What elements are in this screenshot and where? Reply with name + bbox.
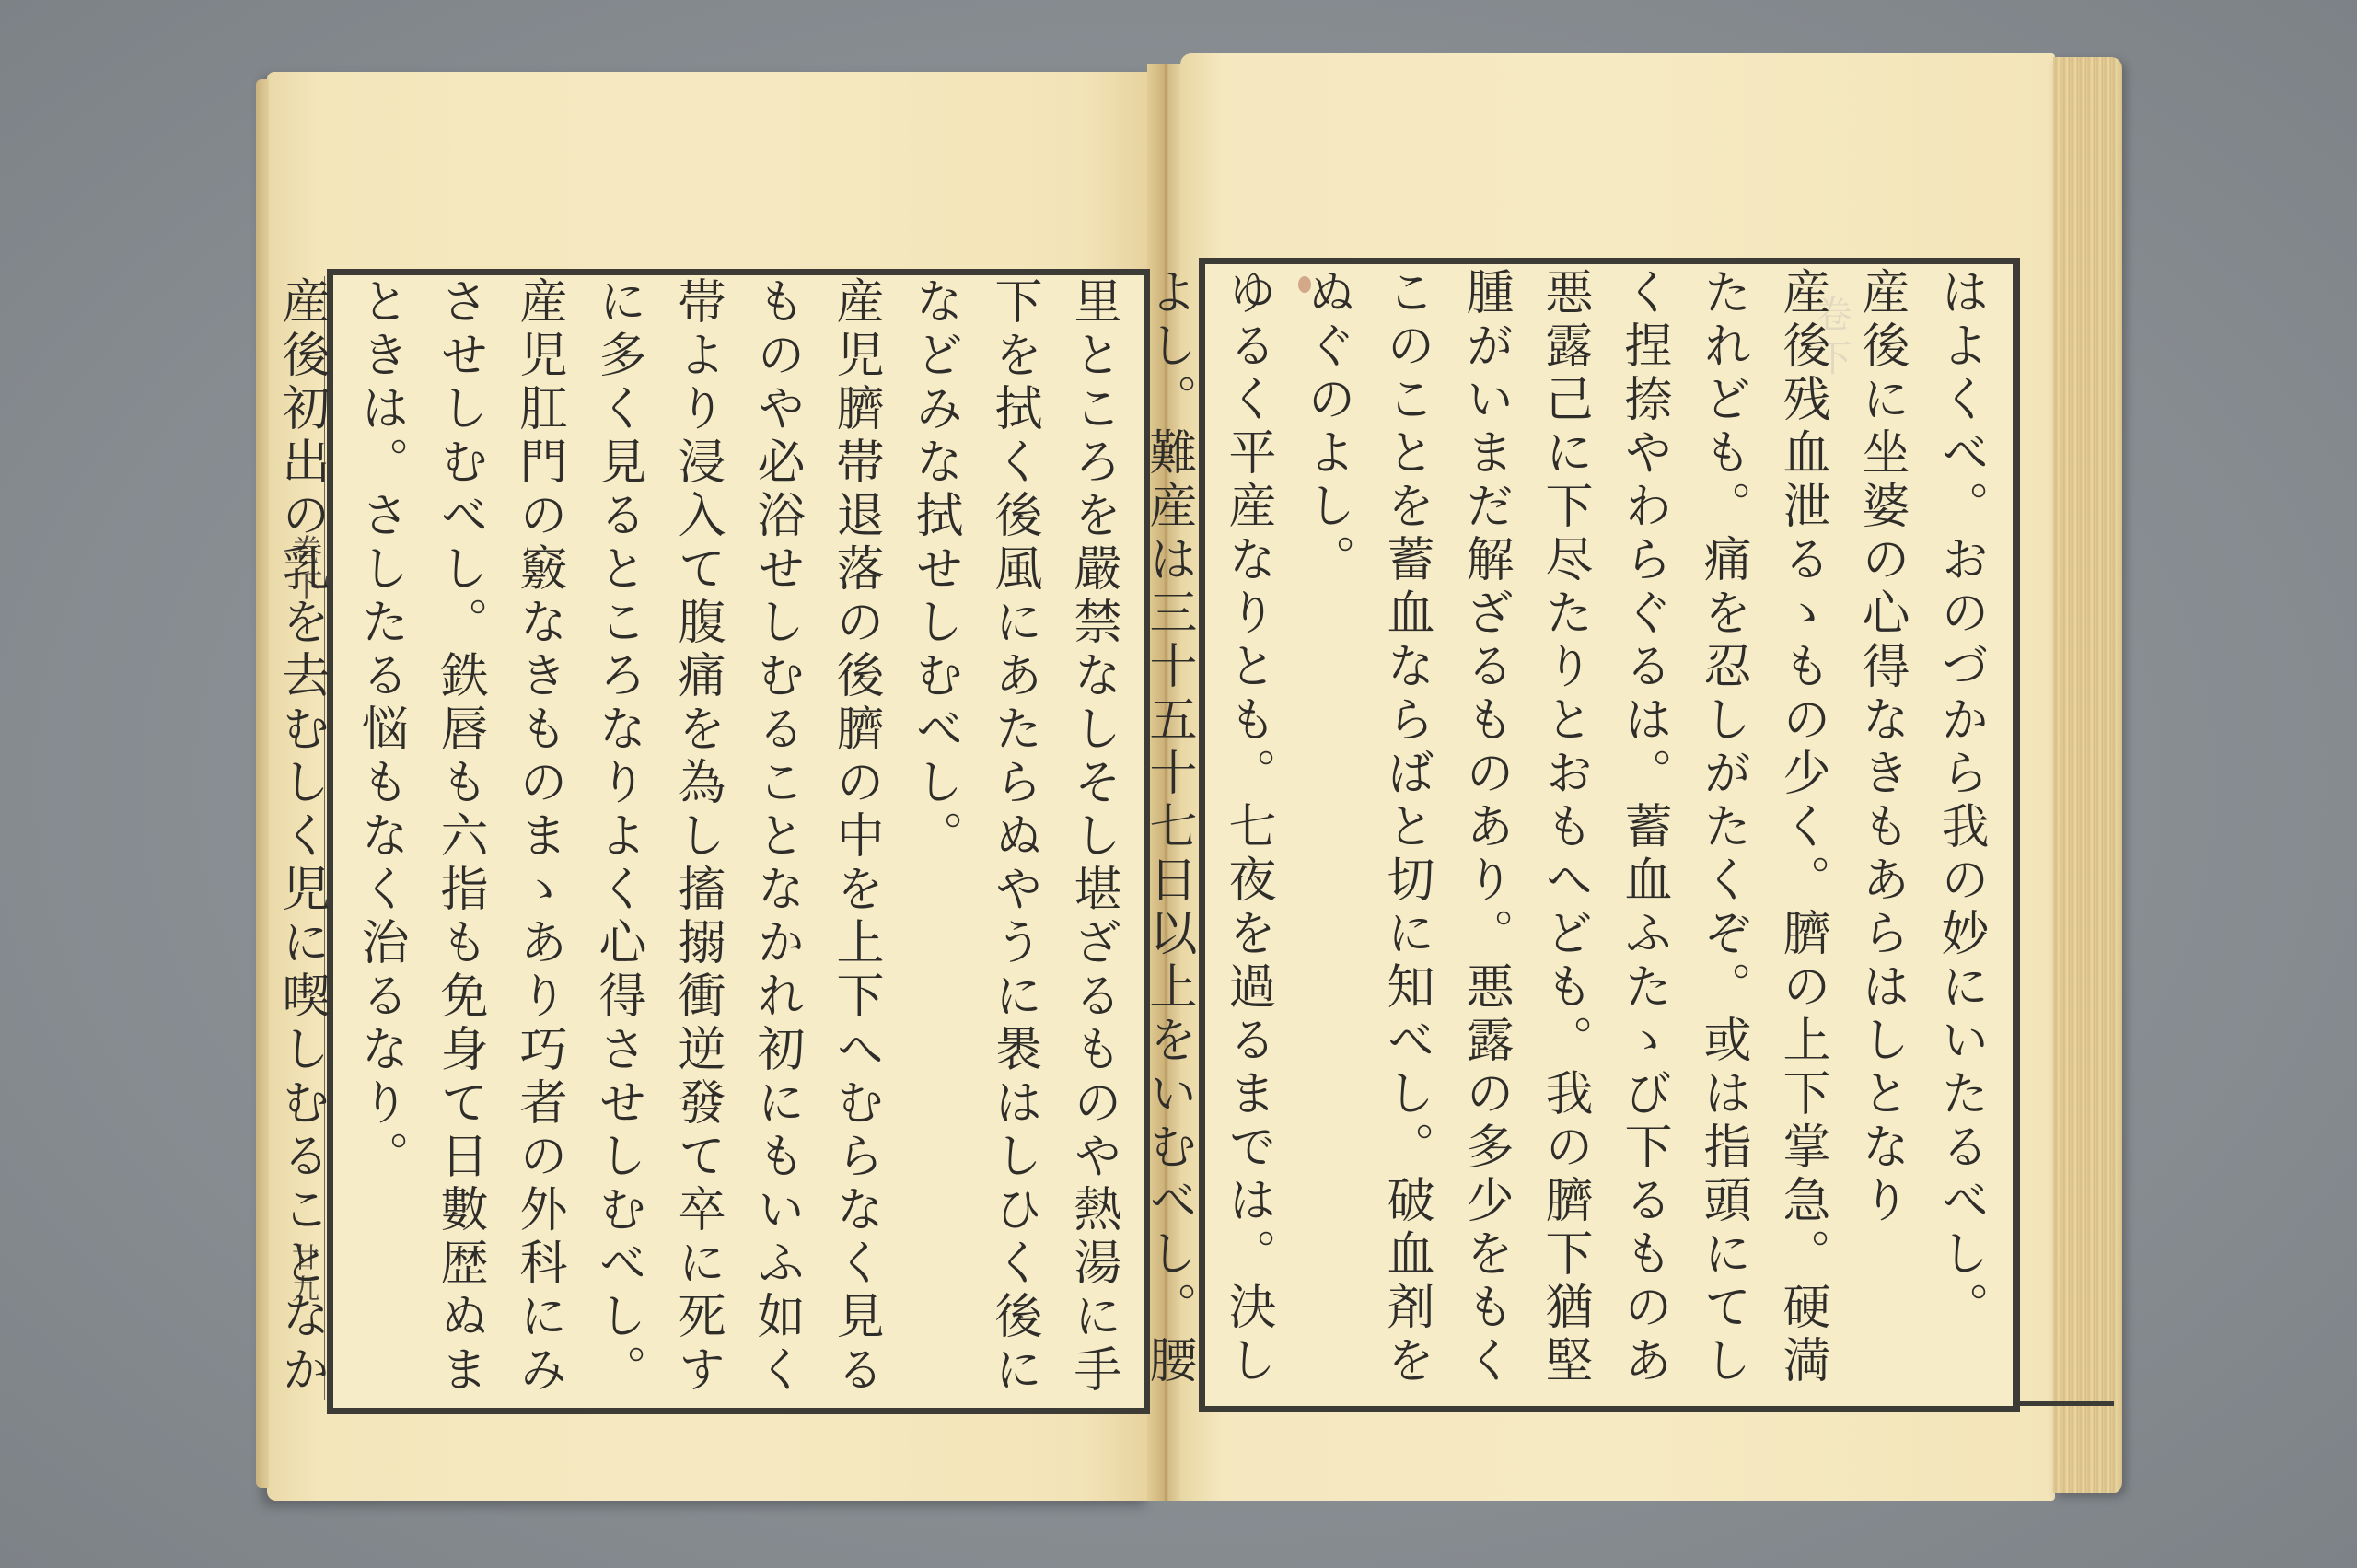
text-column: ぬぐのよし。 bbox=[1287, 267, 1366, 1390]
text-column: 産後残血泄るゝもの少く。臍の上下掌急。硬満するもの。六七日を歴 bbox=[1762, 267, 1841, 1390]
text-column: に多く見るところなりよく心得させしむべし。 bbox=[578, 276, 657, 1390]
left-page-text: 里ところを嚴禁なしそし堪ざるものや熱湯に手巾を淹し腰以下 下を拭く後風にあたらぬ… bbox=[331, 276, 1132, 1390]
open-book: 巻下 廿九 卷下 里ところを嚴禁なしそし堪ざるものや熱湯に手巾を淹し腰以下 下を… bbox=[0, 0, 2357, 1568]
text-column: 産児肛門の竅なきものまゝあり巧者の外科にみせて竅をひらけ bbox=[499, 276, 578, 1390]
text-column: 里ところを嚴禁なしそし堪ざるものや熱湯に手巾を淹し腰以下 bbox=[1053, 276, 1132, 1390]
text-column: 帯より浸入て腹痛を為し搐搦衝逆發て卒に死することの常 bbox=[657, 276, 737, 1390]
page-edges-stack bbox=[2053, 57, 2122, 1493]
text-column: 悪露己に下尽たりとおもへども。我の臍下猶堅實なるは子宮の bbox=[1525, 267, 1604, 1390]
text-column: などみな拭せしむべし。 bbox=[895, 276, 974, 1390]
right-page-text: はよくべ。おのづから我の妙にいたるべし。 産後に坐婆の心得なきもあらはしとなり … bbox=[1206, 267, 2000, 1390]
text-column: ときは。さしたる悩もなく治るなり。 bbox=[341, 276, 420, 1390]
text-column: く捏捺やわらぐるは。蓄血ふたゝび下るものあり。 bbox=[1604, 267, 1683, 1390]
text-column: 産児臍帯退落の後臍の中を上下へむらなく見るにいまだ乾ざる bbox=[816, 276, 895, 1390]
text-column: よし。難産は三十五十七日以上をいむべし。腰湯も無用なり。暑月は bbox=[1129, 267, 1208, 1390]
text-column: 産後初出の乳を去むしく児に喫しむることなかれよく黒屎を蕩滌せしむる bbox=[261, 276, 341, 1390]
text-column: たれども。痛を忍しがたくぞ。或は指頭にてしづかによく bbox=[1683, 267, 1762, 1390]
text-column: ゆるく平産なりとも。七夜を過るまでは。決して浴させぬが bbox=[1208, 267, 1287, 1390]
text-column: 腫がいまだ解ざるものあり。悪露の多少をもくらべ醫師よく bbox=[1446, 267, 1525, 1390]
edge-rule bbox=[2013, 1401, 2114, 1406]
text-column: このことを蓄血ならばと切に知べし。破血剤を用させ bbox=[1366, 267, 1446, 1390]
text-column: 産後に坐婆の心得なきもあらはしとなり bbox=[1841, 267, 1921, 1390]
text-column: させしむべし。鉄唇も六指も免身て日數歴ぬまに療治をうくる bbox=[420, 276, 499, 1390]
text-column: はよくべ。おのづから我の妙にいたるべし。 bbox=[1921, 267, 2000, 1390]
right-page-border-line bbox=[2013, 258, 2014, 1412]
text-column: ものや必浴せしむることなかれ初にもいふ如く浴しむる湯の臍 bbox=[737, 276, 816, 1390]
text-column: 下を拭く後風にあたらぬやうに褁はしひく後に面部腹背手掌 bbox=[974, 276, 1053, 1390]
